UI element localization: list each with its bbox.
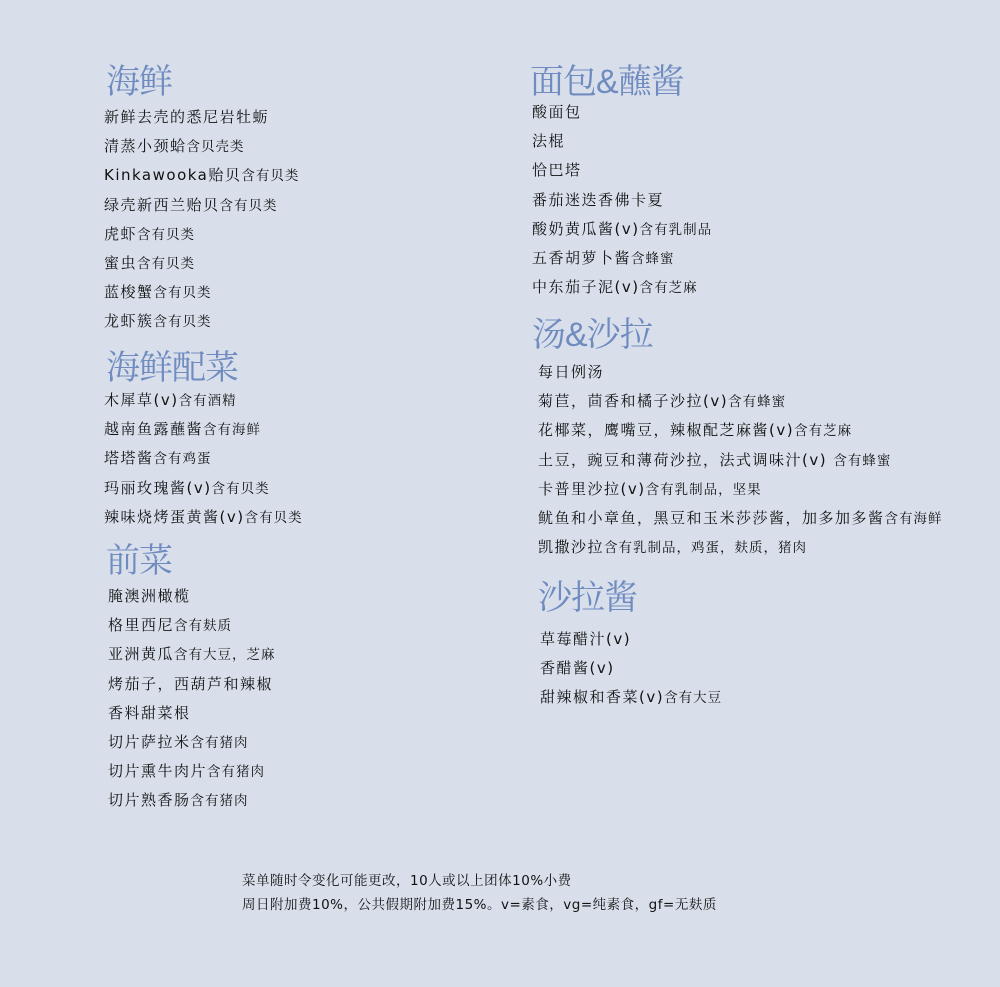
footer-line-surcharge-legend: 周日附加费10%，公共假期附加费15%。v=素食，vg=纯素食，gf=无麸质 (242, 893, 717, 917)
item-allergen-note: 含有贝类 (220, 198, 278, 214)
item-name: 法棍 (532, 132, 565, 150)
section-title: 汤&沙拉 (532, 316, 943, 354)
menu-item: 木犀草(v)含有酒精 (104, 386, 303, 415)
item-allergen-note: 含有蜂蜜 (833, 453, 891, 469)
menu-item: 草莓醋汁(v) (540, 625, 722, 654)
item-allergen-note: 含有猪肉 (191, 793, 249, 809)
menu-item: 切片熏牛肉片含有猪肉 (108, 757, 276, 786)
item-allergen-note: 含有鸡蛋 (154, 451, 212, 467)
item-name: 木犀草(v) (104, 391, 179, 409)
item-name: 菊苣，茴香和橘子沙拉(v) (538, 392, 728, 410)
menu-footer-notes: 菜单随时令变化可能更改，10人或以上团体10%小费 周日附加费10%，公共假期附… (242, 869, 717, 917)
footer-line-surcharge-groups: 菜单随时令变化可能更改，10人或以上团体10%小费 (242, 869, 717, 893)
item-name: 切片萨拉米 (108, 733, 191, 751)
item-allergen-note: 含有猪肉 (191, 735, 249, 751)
item-name: 番茄迷迭香佛卡夏 (532, 191, 664, 209)
item-allergen-note: 含有海鲜 (203, 422, 261, 438)
section-soup-salad: 汤&沙拉 每日例汤 菊苣，茴香和橘子沙拉(v)含有蜂蜜 花椰菜，鹰嘴豆，辣椒配芝… (532, 316, 943, 562)
item-name: 辣味烧烤蛋黄酱(v) (104, 508, 245, 526)
item-allergen-note: 含有大豆 (664, 690, 722, 706)
item-name: 玛丽玫瑰酱(v) (104, 479, 212, 497)
item-name: 虎虾 (104, 225, 137, 243)
item-allergen-note: 含有乳制品，坚果 (646, 482, 762, 498)
item-name: 塔塔酱 (104, 449, 154, 467)
menu-item: 玛丽玫瑰酱(v)含有贝类 (104, 474, 303, 503)
menu-item: 花椰菜，鹰嘴豆，辣椒配芝麻酱(v)含有芝麻 (538, 416, 943, 445)
section-dressings: 沙拉酱 草莓醋汁(v) 香醋酱(v) 甜辣椒和香菜(v)含有大豆 (538, 579, 722, 713)
section-title: 海鲜配菜 (106, 349, 303, 387)
item-name: 绿壳新西兰贻贝 (104, 196, 220, 214)
menu-item: 越南鱼露蘸酱含有海鲜 (104, 415, 303, 444)
item-allergen-note: 含贝壳类 (187, 139, 245, 155)
item-allergen-note: 含有贝类 (245, 510, 303, 526)
menu-item: 腌澳洲橄榄 (108, 582, 276, 611)
menu-item: 切片萨拉米含有猪肉 (108, 728, 276, 757)
item-allergen-note: 含有麸质 (174, 618, 232, 634)
item-allergen-note: 含有乳制品，鸡蛋，麸质，猪肉 (604, 540, 807, 556)
section-seafood-sides: 海鲜配菜 木犀草(v)含有酒精 越南鱼露蘸酱含有海鲜 塔塔酱含有鸡蛋 玛丽玫瑰酱… (106, 349, 303, 532)
item-name: 香料甜菜根 (108, 704, 191, 722)
item-name: 酸奶黄瓜酱(v) (532, 220, 640, 238)
item-name: 中东茄子泥(v) (532, 278, 640, 296)
section-title: 沙拉酱 (538, 579, 722, 617)
item-allergen-note: 含有芝麻 (640, 280, 698, 296)
menu-item: 卡普里沙拉(v)含有乳制品，坚果 (538, 475, 943, 504)
item-name: 香醋酱(v) (540, 659, 615, 677)
menu-item: 清蒸小颈蛤含贝壳类 (104, 132, 299, 161)
item-allergen-note: 含有猪肉 (207, 764, 265, 780)
menu-item: 法棍 (532, 127, 712, 156)
item-name: 切片熏牛肉片 (108, 762, 207, 780)
item-name: 花椰菜，鹰嘴豆，辣椒配芝麻酱(v) (538, 421, 794, 439)
item-name: 亚洲黄瓜 (108, 645, 174, 663)
menu-item: 绿壳新西兰贻贝含有贝类 (104, 191, 299, 220)
menu-item: 中东茄子泥(v)含有芝麻 (532, 273, 712, 302)
menu-item: 土豆，豌豆和薄荷沙拉，法式调味汁(v) 含有蜂蜜 (538, 446, 943, 475)
menu-item: 菊苣，茴香和橘子沙拉(v)含有蜂蜜 (538, 387, 943, 416)
item-name: 龙虾簇 (104, 312, 154, 330)
menu-item: 辣味烧烤蛋黄酱(v)含有贝类 (104, 503, 303, 532)
menu-item: 蓝梭蟹含有贝类 (104, 278, 299, 307)
item-allergen-note: 含有乳制品 (640, 222, 713, 238)
item-allergen-note: 含有海鲜 (885, 511, 943, 527)
item-allergen-note: 含有贝类 (241, 168, 299, 184)
item-name: 清蒸小颈蛤 (104, 137, 187, 155)
item-allergen-note: 含有贝类 (137, 256, 195, 272)
menu-item: 鱿鱼和小章鱼，黑豆和玉米莎莎酱，加多加多酱含有海鲜 (538, 504, 943, 533)
item-name: 新鲜去壳的悉尼岩牡蛎 (104, 108, 269, 126)
item-allergen-note: 含有贝类 (212, 481, 270, 497)
item-name: 切片熟香肠 (108, 791, 191, 809)
item-allergen-note: 含有贝类 (154, 314, 212, 330)
menu-item: 香料甜菜根 (108, 699, 276, 728)
menu-item: 蜜虫含有贝类 (104, 249, 299, 278)
item-name: 五香胡萝卜酱 (532, 249, 631, 267)
menu-item: 五香胡萝卜酱含蜂蜜 (532, 244, 712, 273)
item-allergen-note: 含有贝类 (154, 285, 212, 301)
menu-item: 亚洲黄瓜含有大豆，芝麻 (108, 640, 276, 669)
item-name: 酸面包 (532, 103, 582, 121)
item-list: 每日例汤 菊苣，茴香和橘子沙拉(v)含有蜂蜜 花椰菜，鹰嘴豆，辣椒配芝麻酱(v)… (538, 358, 943, 562)
menu-item: 恰巴塔 (532, 156, 712, 185)
item-name: 草莓醋汁(v) (540, 630, 631, 648)
item-name: 蜜虫 (104, 254, 137, 272)
item-name: 每日例汤 (538, 363, 604, 381)
item-name: 烤茄子，西葫芦和辣椒 (108, 675, 273, 693)
section-title: 海鲜 (106, 63, 299, 101)
item-name: 鱿鱼和小章鱼，黑豆和玉米莎莎酱，加多加多酱 (538, 509, 885, 527)
section-seafood: 海鲜 新鲜去壳的悉尼岩牡蛎 清蒸小颈蛤含贝壳类 Kinkawooka贻贝含有贝类… (106, 63, 299, 337)
section-bread-dips: 面包&蘸酱 酸面包 法棍 恰巴塔 番茄迷迭香佛卡夏 酸奶黄瓜酱(v)含有乳制品 … (530, 63, 712, 302)
menu-item: 酸面包 (532, 98, 712, 127)
item-allergen-note: 含有贝类 (137, 227, 195, 243)
section-title: 面包&蘸酱 (530, 63, 712, 101)
item-list: 酸面包 法棍 恰巴塔 番茄迷迭香佛卡夏 酸奶黄瓜酱(v)含有乳制品 五香胡萝卜酱… (532, 98, 712, 302)
item-allergen-note: 含有大豆，芝麻 (174, 647, 276, 663)
item-name: 凯撒沙拉 (538, 538, 604, 556)
menu-item: 香醋酱(v) (540, 654, 722, 683)
item-list: 新鲜去壳的悉尼岩牡蛎 清蒸小颈蛤含贝壳类 Kinkawooka贻贝含有贝类 绿壳… (104, 103, 299, 337)
menu-item: 塔塔酱含有鸡蛋 (104, 444, 303, 473)
item-allergen-note: 含有酒精 (179, 393, 237, 409)
menu-item: 新鲜去壳的悉尼岩牡蛎 (104, 103, 299, 132)
item-name: 卡普里沙拉(v) (538, 480, 646, 498)
menu-item: 番茄迷迭香佛卡夏 (532, 186, 712, 215)
item-name: Kinkawooka贻贝 (104, 166, 241, 184)
item-name: 格里西尼 (108, 616, 174, 634)
menu-item: 虎虾含有贝类 (104, 220, 299, 249)
menu-item: 凯撒沙拉含有乳制品，鸡蛋，麸质，猪肉 (538, 533, 943, 562)
item-name: 土豆，豌豆和薄荷沙拉，法式调味汁(v) (538, 451, 833, 469)
menu-item: Kinkawooka贻贝含有贝类 (104, 161, 299, 190)
menu-item: 每日例汤 (538, 358, 943, 387)
item-list: 木犀草(v)含有酒精 越南鱼露蘸酱含有海鲜 塔塔酱含有鸡蛋 玛丽玫瑰酱(v)含有… (104, 386, 303, 532)
item-allergen-note: 含蜂蜜 (631, 251, 675, 267)
item-allergen-note: 含有蜂蜜 (728, 394, 786, 410)
section-appetizers: 前菜 腌澳洲橄榄 格里西尼含有麸质 亚洲黄瓜含有大豆，芝麻 烤茄子，西葫芦和辣椒… (106, 542, 276, 816)
menu-item: 酸奶黄瓜酱(v)含有乳制品 (532, 215, 712, 244)
menu-item: 烤茄子，西葫芦和辣椒 (108, 670, 276, 699)
item-list: 草莓醋汁(v) 香醋酱(v) 甜辣椒和香菜(v)含有大豆 (540, 625, 722, 713)
item-name: 蓝梭蟹 (104, 283, 154, 301)
item-name: 恰巴塔 (532, 161, 582, 179)
menu-item: 切片熟香肠含有猪肉 (108, 786, 276, 815)
item-allergen-note: 含有芝麻 (794, 423, 852, 439)
item-name: 甜辣椒和香菜(v) (540, 688, 664, 706)
menu-item: 格里西尼含有麸质 (108, 611, 276, 640)
item-list: 腌澳洲橄榄 格里西尼含有麸质 亚洲黄瓜含有大豆，芝麻 烤茄子，西葫芦和辣椒 香料… (108, 582, 276, 816)
item-name: 腌澳洲橄榄 (108, 587, 191, 605)
item-name: 越南鱼露蘸酱 (104, 420, 203, 438)
menu-item: 龙虾簇含有贝类 (104, 307, 299, 336)
menu-item: 甜辣椒和香菜(v)含有大豆 (540, 683, 722, 712)
section-title: 前菜 (106, 542, 276, 580)
